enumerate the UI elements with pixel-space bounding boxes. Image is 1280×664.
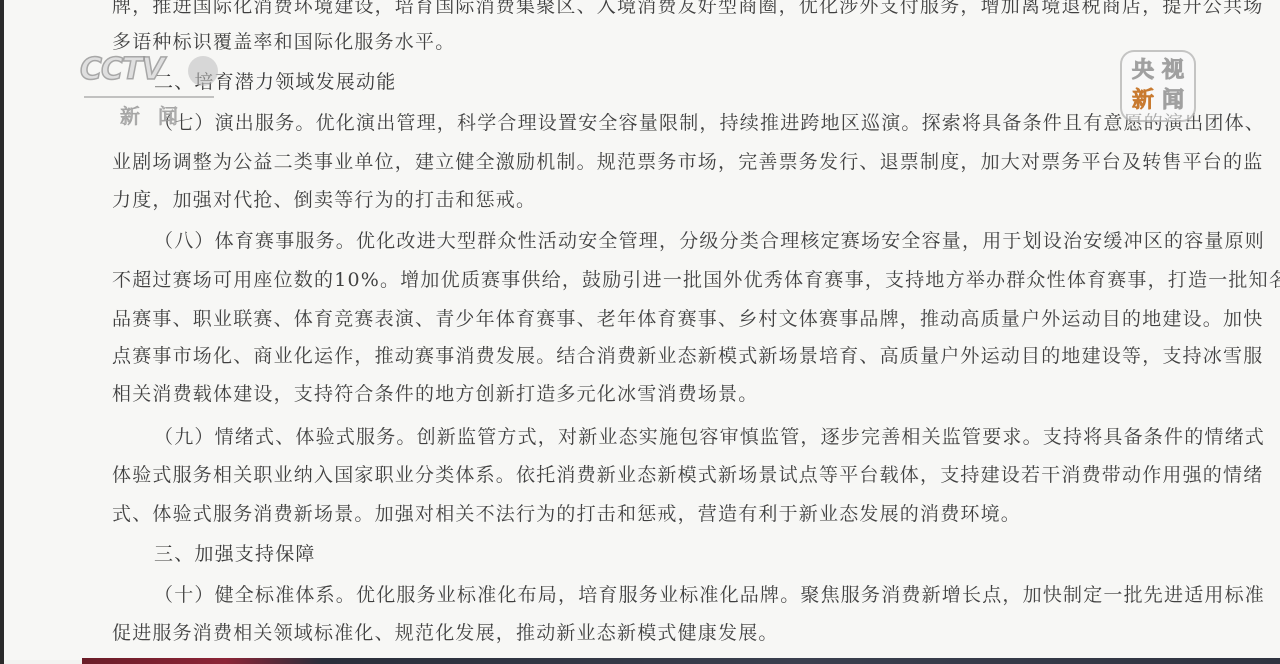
paragraph-7-start: （七）演出服务。优化演出管理，科学合理设置安全容量限制，持续推进跨地区巡演。探索… — [154, 111, 1265, 135]
section-heading: 三、加强支持保障 — [154, 542, 316, 566]
yangshi-news-badge: 央 视 新 闻 — [1120, 50, 1196, 122]
doc-line: 相关消费载体建设，支持符合条件的地方创新打造多元化冰雪消费场景。 — [112, 382, 758, 406]
doc-line: 促进服务消费相关领域标准化、规范化发展，推动新业态新模式健康发展。 — [112, 621, 779, 645]
badge-char: 央 — [1128, 56, 1158, 86]
doc-line: 多语种标识覆盖率和国际化服务水平。 — [112, 30, 455, 54]
paragraph-8-start: （八）体育赛事服务。优化改进大型群众性活动安全管理，分级分类合理核定赛场安全容量… — [154, 229, 1265, 253]
doc-line: 力度，加强对代抢、倒卖等行为的打击和惩戒。 — [112, 188, 536, 212]
badge-char-accent: 新 — [1128, 86, 1158, 116]
broadcast-lower-bar — [82, 658, 1280, 664]
doc-line: 不超过赛场可用座位数的10%。增加优质赛事供给，鼓励引进一批国外优秀体育赛事，支… — [112, 268, 1280, 292]
badge-char: 闻 — [1158, 86, 1188, 116]
doc-line: 点赛事市场化、商业化运作，推动赛事消费发展。结合消费新业态新模式新场景培育、高质… — [112, 344, 1263, 368]
doc-line: 体验式服务相关职业纳入国家职业分类体系。依托消费新业态新模式新场景试点等平台载体… — [112, 463, 1263, 487]
paragraph-10-start: （十）健全标准体系。优化服务业标准化布局，培育服务业标准化品牌。聚焦服务消费新增… — [154, 583, 1265, 607]
badge-char: 视 — [1158, 56, 1188, 86]
doc-line: 品赛事、职业联赛、体育竞赛表演、青少年体育赛事、老年体育赛事、乡村文体赛事品牌，… — [112, 307, 1263, 331]
document-page: 牌，推进国际化消费环境建设，培育国际消费集聚区、入境消费友好型商圈，优化涉外支付… — [4, 0, 1280, 660]
section-heading: 二、培育潜力领域发展动能 — [154, 70, 396, 94]
doc-line: 式、体验式服务消费新场景。加强对相关不法行为的打击和惩戒，营造有利于新业态发展的… — [112, 502, 1021, 526]
paragraph-9-start: （九）情绪式、体验式服务。创新监管方式，对新业态实施包容审慎监管，逐步完善相关监… — [154, 425, 1265, 449]
doc-line: 牌，推进国际化消费环境建设，培育国际消费集聚区、入境消费友好型商圈，优化涉外支付… — [112, 0, 1263, 18]
doc-line: 业剧场调整为公益二类事业单位，建立健全激励机制。规范票务市场，完善票务发行、退票… — [112, 150, 1263, 174]
